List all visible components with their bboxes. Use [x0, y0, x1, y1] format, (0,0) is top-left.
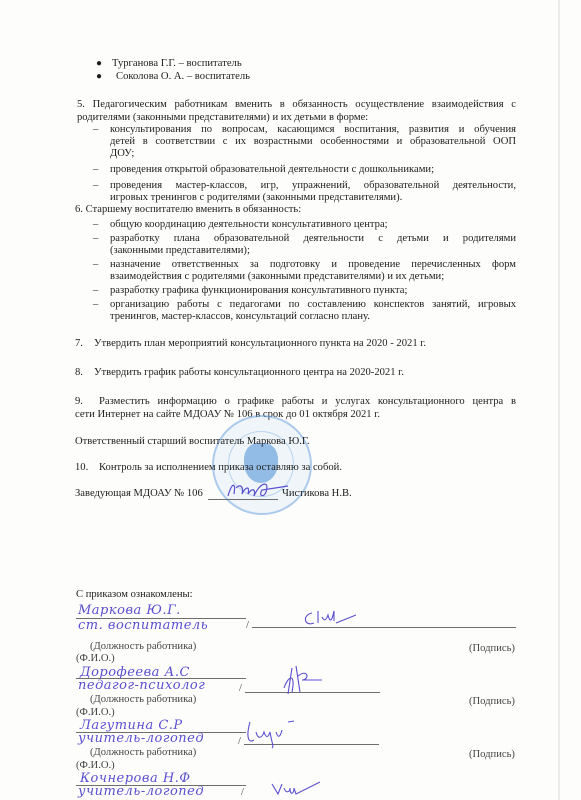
entry2-handwritten-position: педагог-психолог [78, 678, 205, 693]
fio-label: (Ф.И.О.) [76, 653, 115, 665]
item6-point5-l2: тренингов, мастер-классов, консультаций … [110, 311, 370, 323]
entry1-handwritten-name: Маркова Ю.Г. [78, 603, 181, 618]
bullet-icon: ● [96, 71, 102, 82]
item8-text: Утвердить график работы консультационног… [94, 367, 404, 379]
staff-item: Турганова Г.Г. – воспитатель [112, 58, 242, 70]
item5-intro-line2: родителями (законными представителями) и… [77, 112, 368, 124]
dash-icon: – [93, 285, 98, 296]
entry1-signature-line [252, 627, 516, 628]
item9-num: 9. [75, 396, 83, 408]
entry1-handwritten-position: ст. воспитатель [78, 618, 208, 633]
item5-point1-l1: консультирования по вопросам, касающимся… [110, 124, 516, 136]
item6-point1: общую координацию деятельности консульта… [110, 219, 388, 231]
dash-icon: – [93, 299, 98, 310]
item5-point1-l3: ДОУ; [110, 148, 134, 160]
item6-point2-l2: (законными представителями); [110, 245, 250, 257]
item7-text: Утвердить план мероприятий консультацион… [94, 338, 426, 350]
item6-point2-l1: разработку плана образовательной деятель… [110, 233, 516, 245]
responsible-person: Ответственный старший воспитатель Марков… [75, 436, 310, 448]
signature-label: (Подпись) [469, 643, 515, 655]
item5-point3-l1: проведения мастер-классов, игр, упражнен… [110, 180, 516, 192]
item7-num: 7. [75, 338, 83, 350]
item5-point3-l2: игровых тренингов с родителями (законным… [110, 192, 402, 204]
entry3-signature-scribble [244, 716, 304, 748]
dash-icon: – [93, 233, 98, 244]
item5-point2: проведения открытой образовательной деят… [110, 164, 434, 176]
separator: / [241, 787, 244, 799]
position-label: (Должность работника) [90, 747, 196, 759]
entry1-signature-scribble [300, 605, 370, 629]
head-position: Заведующая МДОАУ № 106 [75, 488, 203, 500]
item10-text: Контроль за исполнением приказа оставляю… [99, 462, 342, 474]
signature-label: (Подпись) [469, 749, 515, 761]
dash-icon: – [93, 219, 98, 230]
item9-line2: сети Интернет на сайте МДОАУ № 106 в сро… [75, 409, 380, 421]
dash-icon: – [93, 180, 98, 191]
item8-num: 8. [75, 367, 83, 379]
separator: / [238, 736, 241, 748]
head-name: Чистикова Н.В. [282, 488, 352, 500]
entry4-handwritten-position: учитель-логопед [78, 784, 204, 799]
dash-icon: – [93, 164, 98, 175]
staff-item: Соколова О. А. – воспитатель [116, 71, 250, 83]
item6-point5-l1: организацию работы с педагогами по соста… [110, 299, 516, 311]
entry2-signature-scribble [278, 662, 338, 698]
scan-edge [558, 0, 560, 800]
document-page: ● Турганова Г.Г. – воспитатель ● Соколов… [0, 0, 581, 800]
position-label: (Должность работника) [90, 694, 196, 706]
item5-point1-l2: детей в соответствии с их возрастными ос… [110, 136, 516, 148]
signature-label: (Подпись) [469, 696, 515, 708]
position-label: (Должность работника) [90, 641, 196, 653]
separator: / [239, 683, 242, 695]
dash-icon: – [93, 259, 98, 270]
acknowledgement-title: С приказом ознакомлены: [76, 589, 193, 601]
item6-point3-l1: назначение ответственных за подготовку и… [110, 259, 516, 271]
item6-point4: разработку графика функционирования конс… [110, 285, 407, 297]
item6-intro: 6. Старшему воспитателю вменить в обязан… [75, 204, 301, 216]
entry4-signature-scribble [268, 776, 328, 798]
separator: / [246, 620, 249, 632]
item6-point3-l2: взаимодействия с родителями (законными п… [110, 271, 444, 283]
item5-intro-line1: 5. Педагогическим работникам вменить в о… [77, 99, 516, 111]
dash-icon: – [93, 124, 98, 135]
item10-num: 10. [75, 462, 88, 474]
bullet-icon: ● [96, 58, 102, 69]
item9-line1: Разместить информацию о графике работы и… [99, 396, 516, 408]
entry3-handwritten-position: учитель-логопед [78, 731, 204, 746]
